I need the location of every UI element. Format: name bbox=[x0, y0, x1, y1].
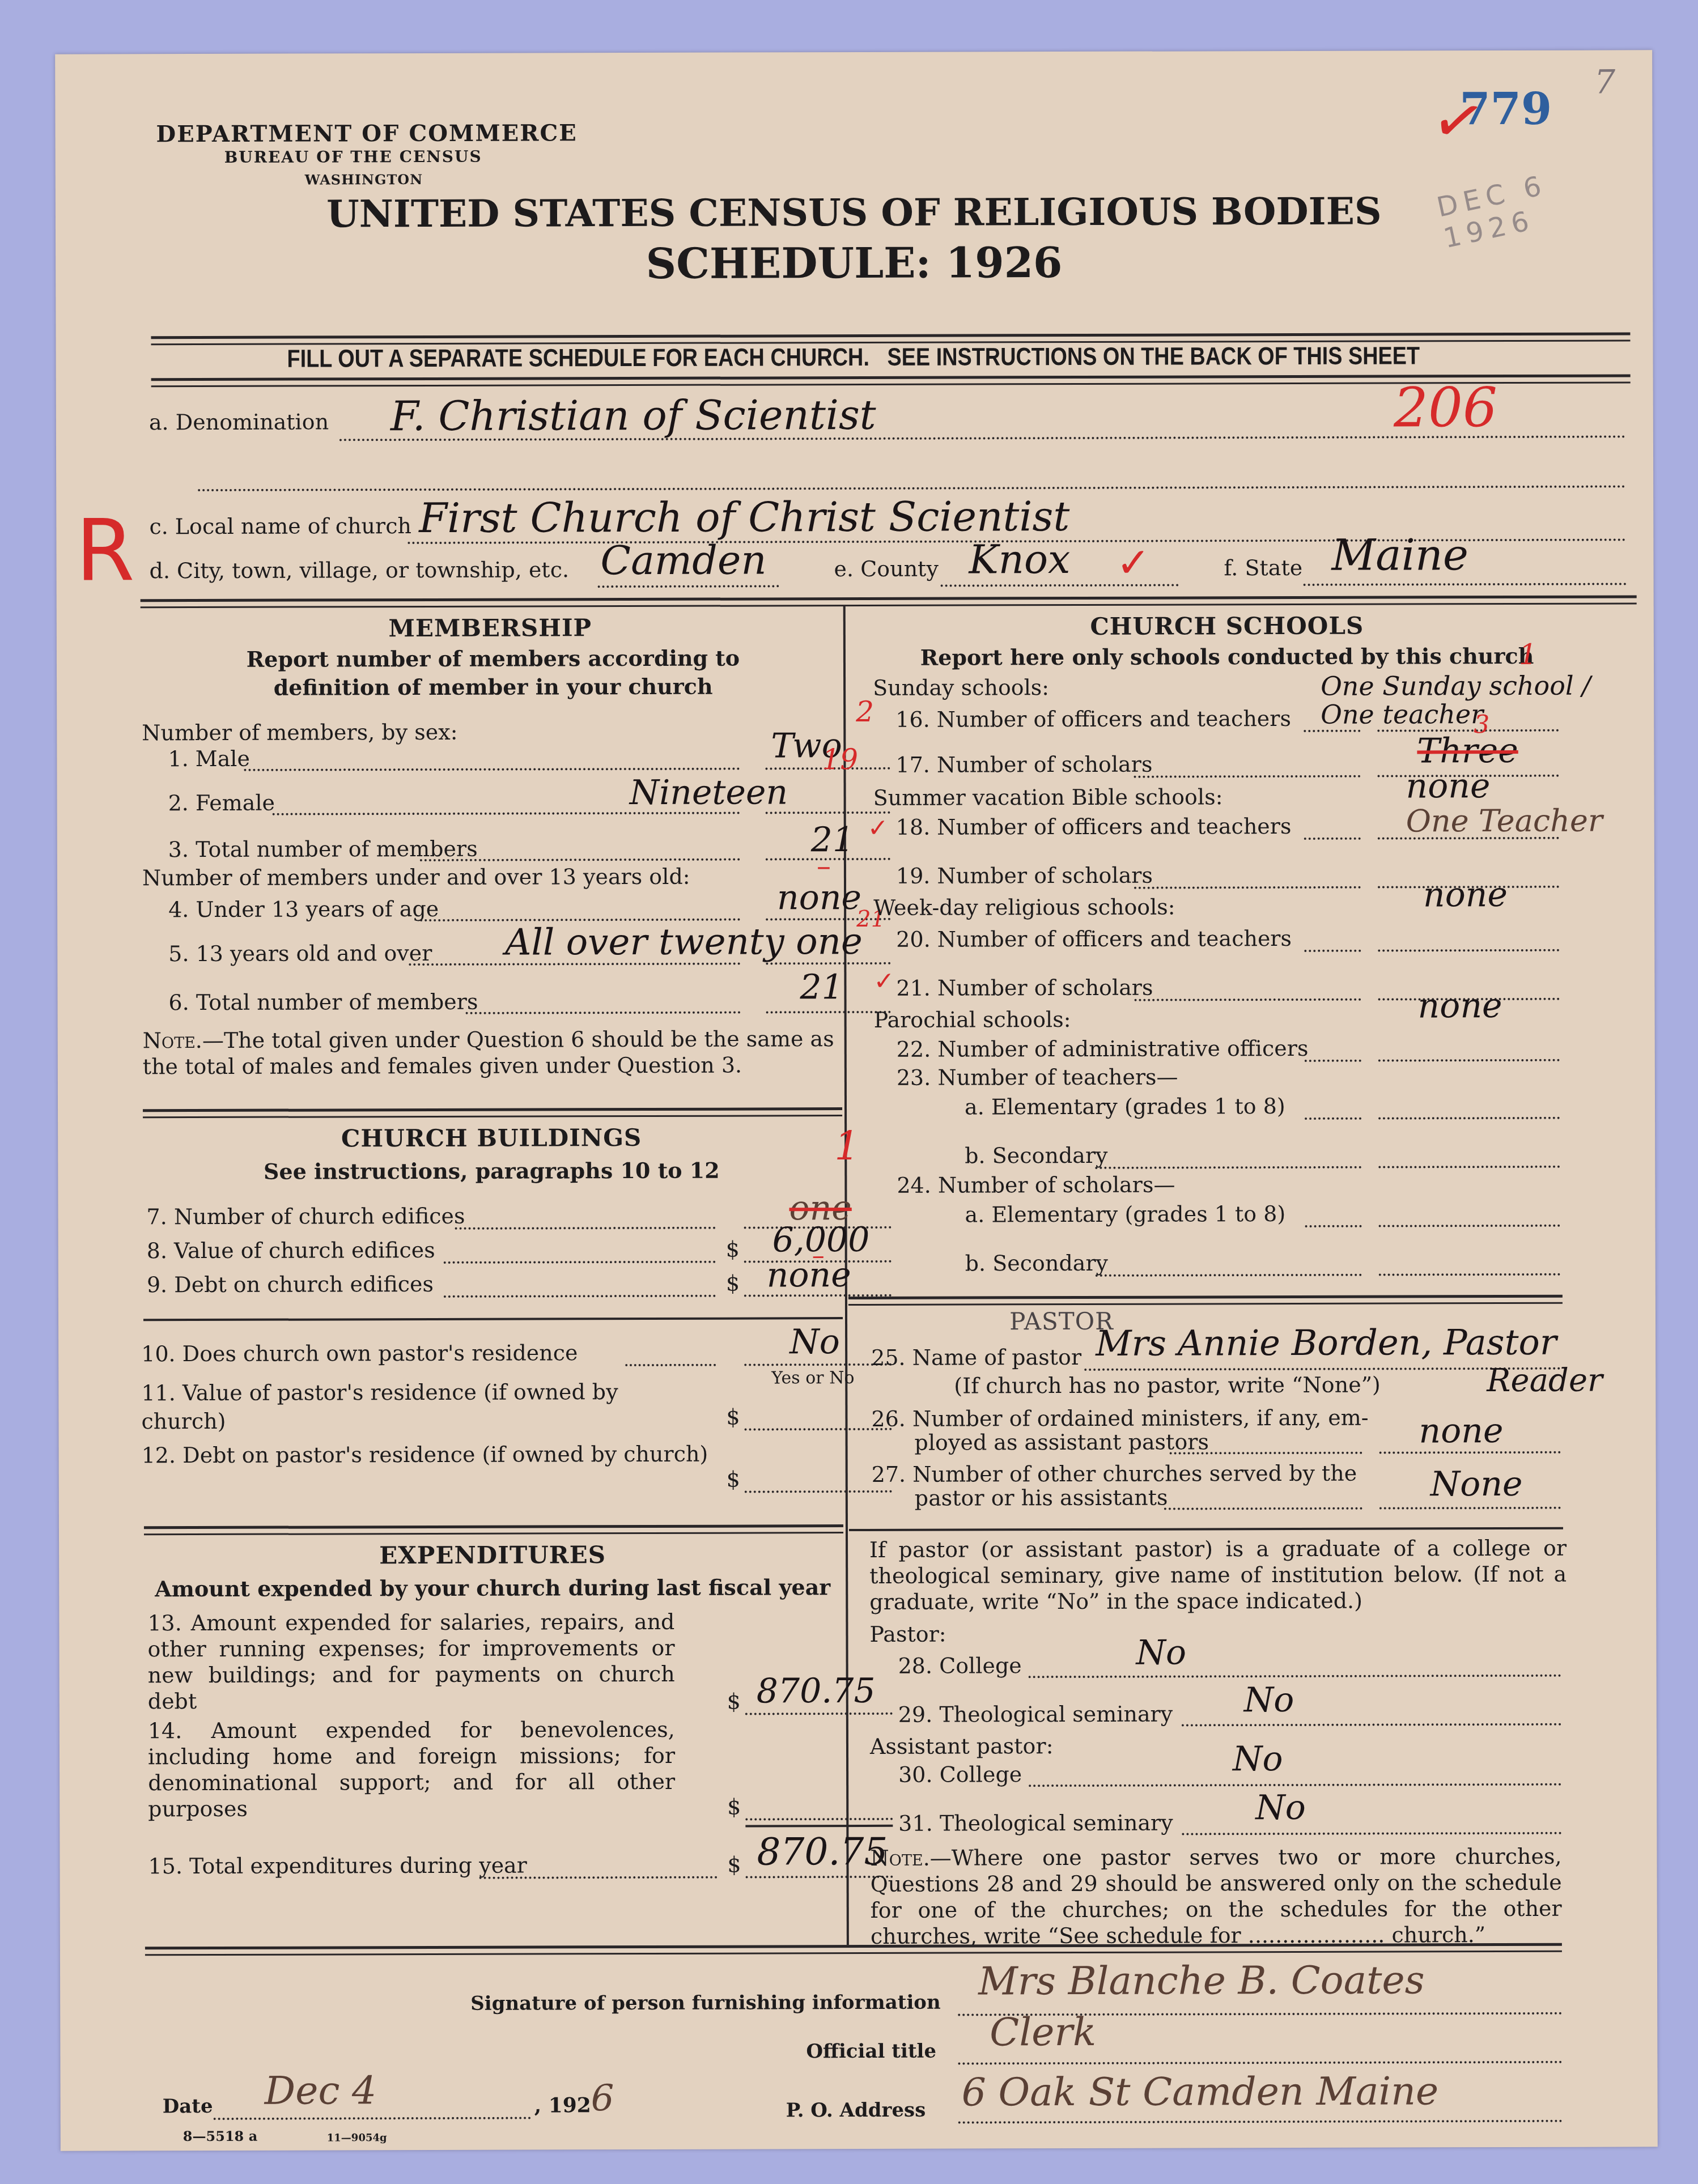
membership-subtitle: Report number of members according to de… bbox=[221, 644, 765, 702]
file-number: 779 bbox=[1459, 83, 1552, 135]
answer-line bbox=[744, 1363, 892, 1366]
city-label: d. City, town, village, or township, etc… bbox=[149, 557, 569, 583]
divider bbox=[849, 1527, 1563, 1531]
building-row-label: 11. Value of pastor's residence (if owne… bbox=[141, 1378, 708, 1436]
note-label: Note.— bbox=[143, 1028, 224, 1053]
membership-row-label: 6. Total number of members bbox=[168, 989, 478, 1015]
building-row-label: 8. Value of church edifices bbox=[147, 1238, 435, 1263]
leader-dots bbox=[479, 1876, 718, 1879]
answer-line bbox=[1378, 1059, 1560, 1062]
form-subtitle: SCHEDULE: 1926 bbox=[56, 237, 1653, 290]
date-label: Date bbox=[163, 2094, 213, 2119]
leader-dots bbox=[1135, 998, 1361, 1001]
assistant-seminary-field[interactable]: No bbox=[1255, 1791, 1306, 1825]
leader-dots bbox=[1170, 1452, 1362, 1455]
building-row-label: 7. Number of church edifices bbox=[146, 1204, 465, 1229]
answer-line bbox=[1378, 1166, 1560, 1169]
building-row-label: 12. Debt on pastor's residence (if owned… bbox=[142, 1440, 708, 1470]
male-count-mark: 2 bbox=[856, 695, 874, 729]
leader-dots bbox=[1095, 1166, 1361, 1169]
answer-line bbox=[1379, 1507, 1561, 1510]
school-row-label: 21. Number of scholars bbox=[896, 975, 1153, 1001]
parochial-school-status[interactable]: none bbox=[1417, 989, 1502, 1023]
sum-rule bbox=[745, 1825, 893, 1828]
dollar-sign: $ bbox=[726, 1237, 740, 1262]
answer-line bbox=[1029, 1675, 1561, 1678]
school-group-label: Sunday schools: bbox=[873, 675, 1049, 700]
school-group-label: Summer vacation Bible schools: bbox=[873, 784, 1223, 810]
expenditure-row-label: 15. Total expenditures during year bbox=[148, 1853, 527, 1879]
buildings-heading: CHURCH BUILDINGS bbox=[143, 1123, 840, 1153]
sunday-scholars-field[interactable]: Three bbox=[1417, 734, 1518, 768]
local-name-label: c. Local name of church bbox=[149, 513, 411, 539]
sunday-teachers-mark: 1 bbox=[1519, 638, 1537, 672]
total-expenditures-field[interactable]: 870.75 bbox=[757, 1835, 888, 1869]
leader-dots bbox=[1164, 1507, 1362, 1510]
answer-line bbox=[1378, 949, 1559, 952]
expenditures-heading: EXPENDITURES bbox=[144, 1540, 841, 1570]
expenditures-subtitle: Amount expended by your church during la… bbox=[144, 1573, 841, 1603]
dollar-sign: $ bbox=[727, 1852, 741, 1877]
form-number: 8—5518 a bbox=[183, 2128, 257, 2144]
pastor-name-field[interactable]: Mrs Annie Borden, Pastor bbox=[1096, 1325, 1557, 1361]
membership-heading: MEMBERSHIP bbox=[142, 613, 839, 643]
answer-line bbox=[745, 1490, 892, 1493]
answer-line bbox=[1379, 1225, 1560, 1227]
pastor-college-field[interactable]: No bbox=[1136, 1635, 1186, 1669]
assistant-ministers-field[interactable]: none bbox=[1419, 1414, 1503, 1448]
dollar-sign: $ bbox=[727, 1795, 741, 1820]
school-row-label: a. Elementary (grades 1 to 8) bbox=[965, 1094, 1285, 1119]
other-churches-field[interactable]: None bbox=[1430, 1467, 1523, 1501]
print-code: 11—9054g bbox=[327, 2132, 387, 2144]
margin-letter: R bbox=[75, 502, 135, 600]
answer-line bbox=[745, 1818, 893, 1821]
school-row-label: b. Secondary bbox=[965, 1251, 1108, 1276]
leader-dots bbox=[1304, 838, 1361, 840]
schools-heading: CHURCH SCHOOLS bbox=[850, 611, 1604, 641]
answer-line bbox=[766, 1011, 891, 1014]
pastor-subheading: Pastor: bbox=[869, 1622, 946, 1647]
school-row-label: 18. Number of officers and teachers bbox=[896, 814, 1292, 840]
divider bbox=[144, 1524, 843, 1529]
denomination-field[interactable]: F. Christian of Scientist bbox=[390, 398, 876, 433]
state-field[interactable]: Maine bbox=[1331, 538, 1468, 572]
leader-dots bbox=[1304, 950, 1361, 952]
weekday-school-status[interactable]: none bbox=[1423, 878, 1508, 912]
department-heading: DEPARTMENT OF COMMERCE bbox=[156, 120, 577, 147]
over-13-field[interactable]: All over twenty one bbox=[505, 925, 863, 960]
membership-row-label: 2. Female bbox=[168, 791, 275, 815]
leader-dots bbox=[466, 1012, 741, 1014]
yes-no-hint: Yes or No bbox=[771, 1368, 854, 1388]
school-row-label: 22. Number of administrative officers bbox=[897, 1036, 1309, 1062]
assistant-college-field[interactable]: No bbox=[1233, 1742, 1283, 1776]
pastor-seminary-field[interactable]: No bbox=[1244, 1683, 1294, 1717]
school-row-label: 16. Number of officers and teachers bbox=[895, 706, 1291, 732]
school-row-label: a. Elementary (grades 1 to 8) bbox=[965, 1201, 1285, 1227]
pastor-note: Note.—Where one pastor serves two or mor… bbox=[870, 1843, 1561, 1949]
bureau-heading: BUREAU OF THE CENSUS bbox=[224, 147, 482, 167]
leader-dots bbox=[244, 768, 740, 771]
membership-row-label: 3. Total number of members bbox=[168, 836, 478, 862]
leader-dots bbox=[1134, 775, 1361, 778]
schools-subtitle: Report here only schools conducted by th… bbox=[850, 642, 1604, 672]
membership-note: Note.—The total given under Question 6 s… bbox=[143, 1026, 834, 1080]
expenditure-row-label: 14. Amount expended for benevolences, in… bbox=[148, 1716, 675, 1822]
answer-line bbox=[1182, 1832, 1561, 1835]
local-name-field[interactable]: First Church of Christ Scientist bbox=[419, 499, 1069, 535]
q26-label: 26. Number of ordained ministers, if any… bbox=[871, 1405, 1368, 1431]
building-row-label: 10. Does church own pastor's residence bbox=[141, 1340, 578, 1366]
owns-residence-field[interactable]: No bbox=[789, 1325, 840, 1359]
running-expenses-field[interactable]: 870.75 bbox=[757, 1674, 876, 1709]
school-group-label: Parochial schools: bbox=[874, 1007, 1071, 1032]
divider bbox=[151, 332, 1630, 339]
dollar-sign: $ bbox=[727, 1467, 740, 1492]
divider bbox=[143, 1317, 843, 1321]
denomination-label: a. Denomination bbox=[149, 409, 329, 435]
school-group-label: Week-day religious schools: bbox=[873, 895, 1175, 920]
year-prefix: , 192 bbox=[534, 2093, 591, 2118]
divider bbox=[141, 595, 1637, 602]
school-row-label: 17. Number of scholars bbox=[895, 752, 1152, 777]
q31-label: 31. Theological seminary bbox=[898, 1811, 1173, 1836]
answer-line bbox=[1378, 1117, 1560, 1120]
leader-dots bbox=[455, 1227, 716, 1230]
school-row-label: 20. Number of officers and teachers bbox=[896, 926, 1292, 952]
note-text: Where one pastor serves two or more chur… bbox=[871, 1844, 1562, 1949]
po-address-label: P. O. Address bbox=[786, 2098, 926, 2123]
answer-line bbox=[745, 1713, 893, 1715]
membership-row-label: 5. 13 years old and over bbox=[168, 941, 432, 966]
buildings-subtitle: See instructions, paragraphs 10 to 12 bbox=[143, 1156, 840, 1186]
school-row-label: 19. Number of scholars bbox=[896, 863, 1153, 889]
answer-line bbox=[745, 1428, 892, 1431]
school-row-label: 24. Number of scholars— bbox=[897, 1172, 1175, 1198]
leader-dots bbox=[625, 1364, 716, 1366]
leader-dots bbox=[1096, 1274, 1362, 1277]
edifice-debt-mark: – bbox=[812, 1239, 825, 1273]
divider bbox=[848, 1295, 1563, 1299]
divider bbox=[145, 1943, 1562, 1950]
answer-line bbox=[1379, 1273, 1560, 1276]
form-title: UNITED STATES CENSUS OF RELIGIOUS BODIES bbox=[56, 188, 1653, 236]
female-count-field[interactable]: Nineteen bbox=[629, 775, 788, 810]
county-field[interactable]: Knox bbox=[969, 542, 1070, 576]
q27-label-2: pastor or his assistants bbox=[915, 1485, 1168, 1511]
school-row-label: b. Secondary bbox=[965, 1143, 1107, 1169]
date-field[interactable]: Dec 4 bbox=[264, 2074, 376, 2109]
po-address-field[interactable]: 6 Oak St Camden Maine bbox=[962, 2075, 1439, 2110]
census-schedule-sheet: DEPARTMENT OF COMMERCE BUREAU OF THE CEN… bbox=[55, 50, 1658, 2151]
graduate-note: If pastor (or assistant pastor) is a gra… bbox=[869, 1535, 1567, 1615]
female-count-mark: 19 bbox=[822, 742, 858, 776]
under-13-mark: – bbox=[817, 849, 831, 883]
q29-label: 29. Theological seminary bbox=[898, 1702, 1173, 1727]
by-sex-label: Number of members, by sex: bbox=[142, 720, 457, 745]
q27-label: 27. Number of other churches served by t… bbox=[872, 1461, 1357, 1487]
membership-row-label: 4. Under 13 years of age bbox=[168, 896, 439, 922]
check-mark-icon: ✓ bbox=[1116, 539, 1151, 587]
official-title-field[interactable]: Clerk bbox=[990, 2016, 1096, 2050]
expenditure-row-label: 13. Amount expended for salaries, repair… bbox=[147, 1609, 674, 1714]
dollar-sign: $ bbox=[726, 1271, 740, 1296]
leader-dots bbox=[1305, 1225, 1362, 1227]
sunday-scholars-mark: 3 bbox=[1474, 708, 1489, 742]
note-text: The total given under Question 6 should … bbox=[143, 1026, 834, 1079]
dollar-sign: $ bbox=[726, 1405, 740, 1430]
county-label: e. County bbox=[834, 556, 938, 581]
signature-field[interactable]: Mrs Blanche B. Coates bbox=[978, 1964, 1425, 1999]
summer-teachers-field[interactable]: One Teacher bbox=[1406, 804, 1603, 839]
under-13-field[interactable]: none bbox=[777, 881, 861, 915]
total-members-2-field[interactable]: 21 bbox=[800, 970, 843, 1004]
state-label: f. State bbox=[1224, 555, 1302, 580]
school-row-label: 23. Number of teachers— bbox=[897, 1065, 1178, 1090]
pastor-name-hint: (If church has no pastor, write “None”) bbox=[954, 1373, 1381, 1399]
note-label: Note.— bbox=[870, 1846, 951, 1871]
membership-row-label: 1. Male bbox=[168, 746, 250, 771]
fill-out-instruction: FILL OUT A SEPARATE SCHEDULE FOR EACH CH… bbox=[287, 342, 1420, 373]
answer-line bbox=[958, 2061, 1562, 2065]
edifice-debt-field[interactable]: none bbox=[767, 1258, 851, 1292]
q30-label: 30. College bbox=[898, 1762, 1022, 1787]
pastor-name-label: 25. Name of pastor bbox=[871, 1345, 1081, 1370]
total-check-mark: ✓ bbox=[868, 811, 889, 845]
denomination-code: 206 bbox=[1394, 390, 1497, 424]
divider bbox=[143, 1107, 842, 1112]
leader-dots bbox=[1304, 730, 1360, 732]
answer-line bbox=[1029, 1783, 1561, 1787]
signature-label: Signature of person furnishing informati… bbox=[470, 1990, 941, 2016]
denomination-line-2 bbox=[198, 485, 1626, 491]
answer-line bbox=[958, 2120, 1563, 2124]
q26-label-2: ployed as assistant pastors bbox=[915, 1429, 1209, 1455]
answer-line bbox=[214, 2117, 531, 2120]
year-field[interactable]: 6 bbox=[591, 2081, 614, 2115]
state-line bbox=[1304, 583, 1627, 585]
leader-dots bbox=[1305, 1118, 1361, 1120]
total-2-check-mark: ✓ bbox=[873, 964, 894, 998]
corner-mark: 7 bbox=[1594, 62, 1615, 101]
answer-line bbox=[1379, 1451, 1561, 1454]
pastor-name-field-2[interactable]: Reader bbox=[1487, 1364, 1603, 1399]
city-heading: WASHINGTON bbox=[305, 171, 423, 188]
leader-dots bbox=[444, 1261, 716, 1264]
leader-dots bbox=[1134, 886, 1361, 889]
leader-dots bbox=[444, 1295, 716, 1298]
official-title-label: Official title bbox=[806, 2039, 936, 2064]
q28-label: 28. College bbox=[898, 1653, 1022, 1679]
answer-line bbox=[1182, 1723, 1561, 1727]
city-line bbox=[598, 585, 779, 588]
edifice-count-mark: 1 bbox=[834, 1129, 860, 1163]
building-row-label: 9. Debt on church edifices bbox=[147, 1272, 434, 1297]
by-age-label: Number of members under and over 13 year… bbox=[142, 864, 690, 891]
leader-dots bbox=[1305, 1060, 1361, 1062]
dollar-sign: $ bbox=[727, 1689, 741, 1714]
leader-dots bbox=[420, 859, 740, 861]
assistant-subheading: Assistant pastor: bbox=[870, 1733, 1054, 1759]
summer-school-status[interactable]: none bbox=[1406, 769, 1490, 803]
city-field[interactable]: Camden bbox=[600, 543, 766, 577]
